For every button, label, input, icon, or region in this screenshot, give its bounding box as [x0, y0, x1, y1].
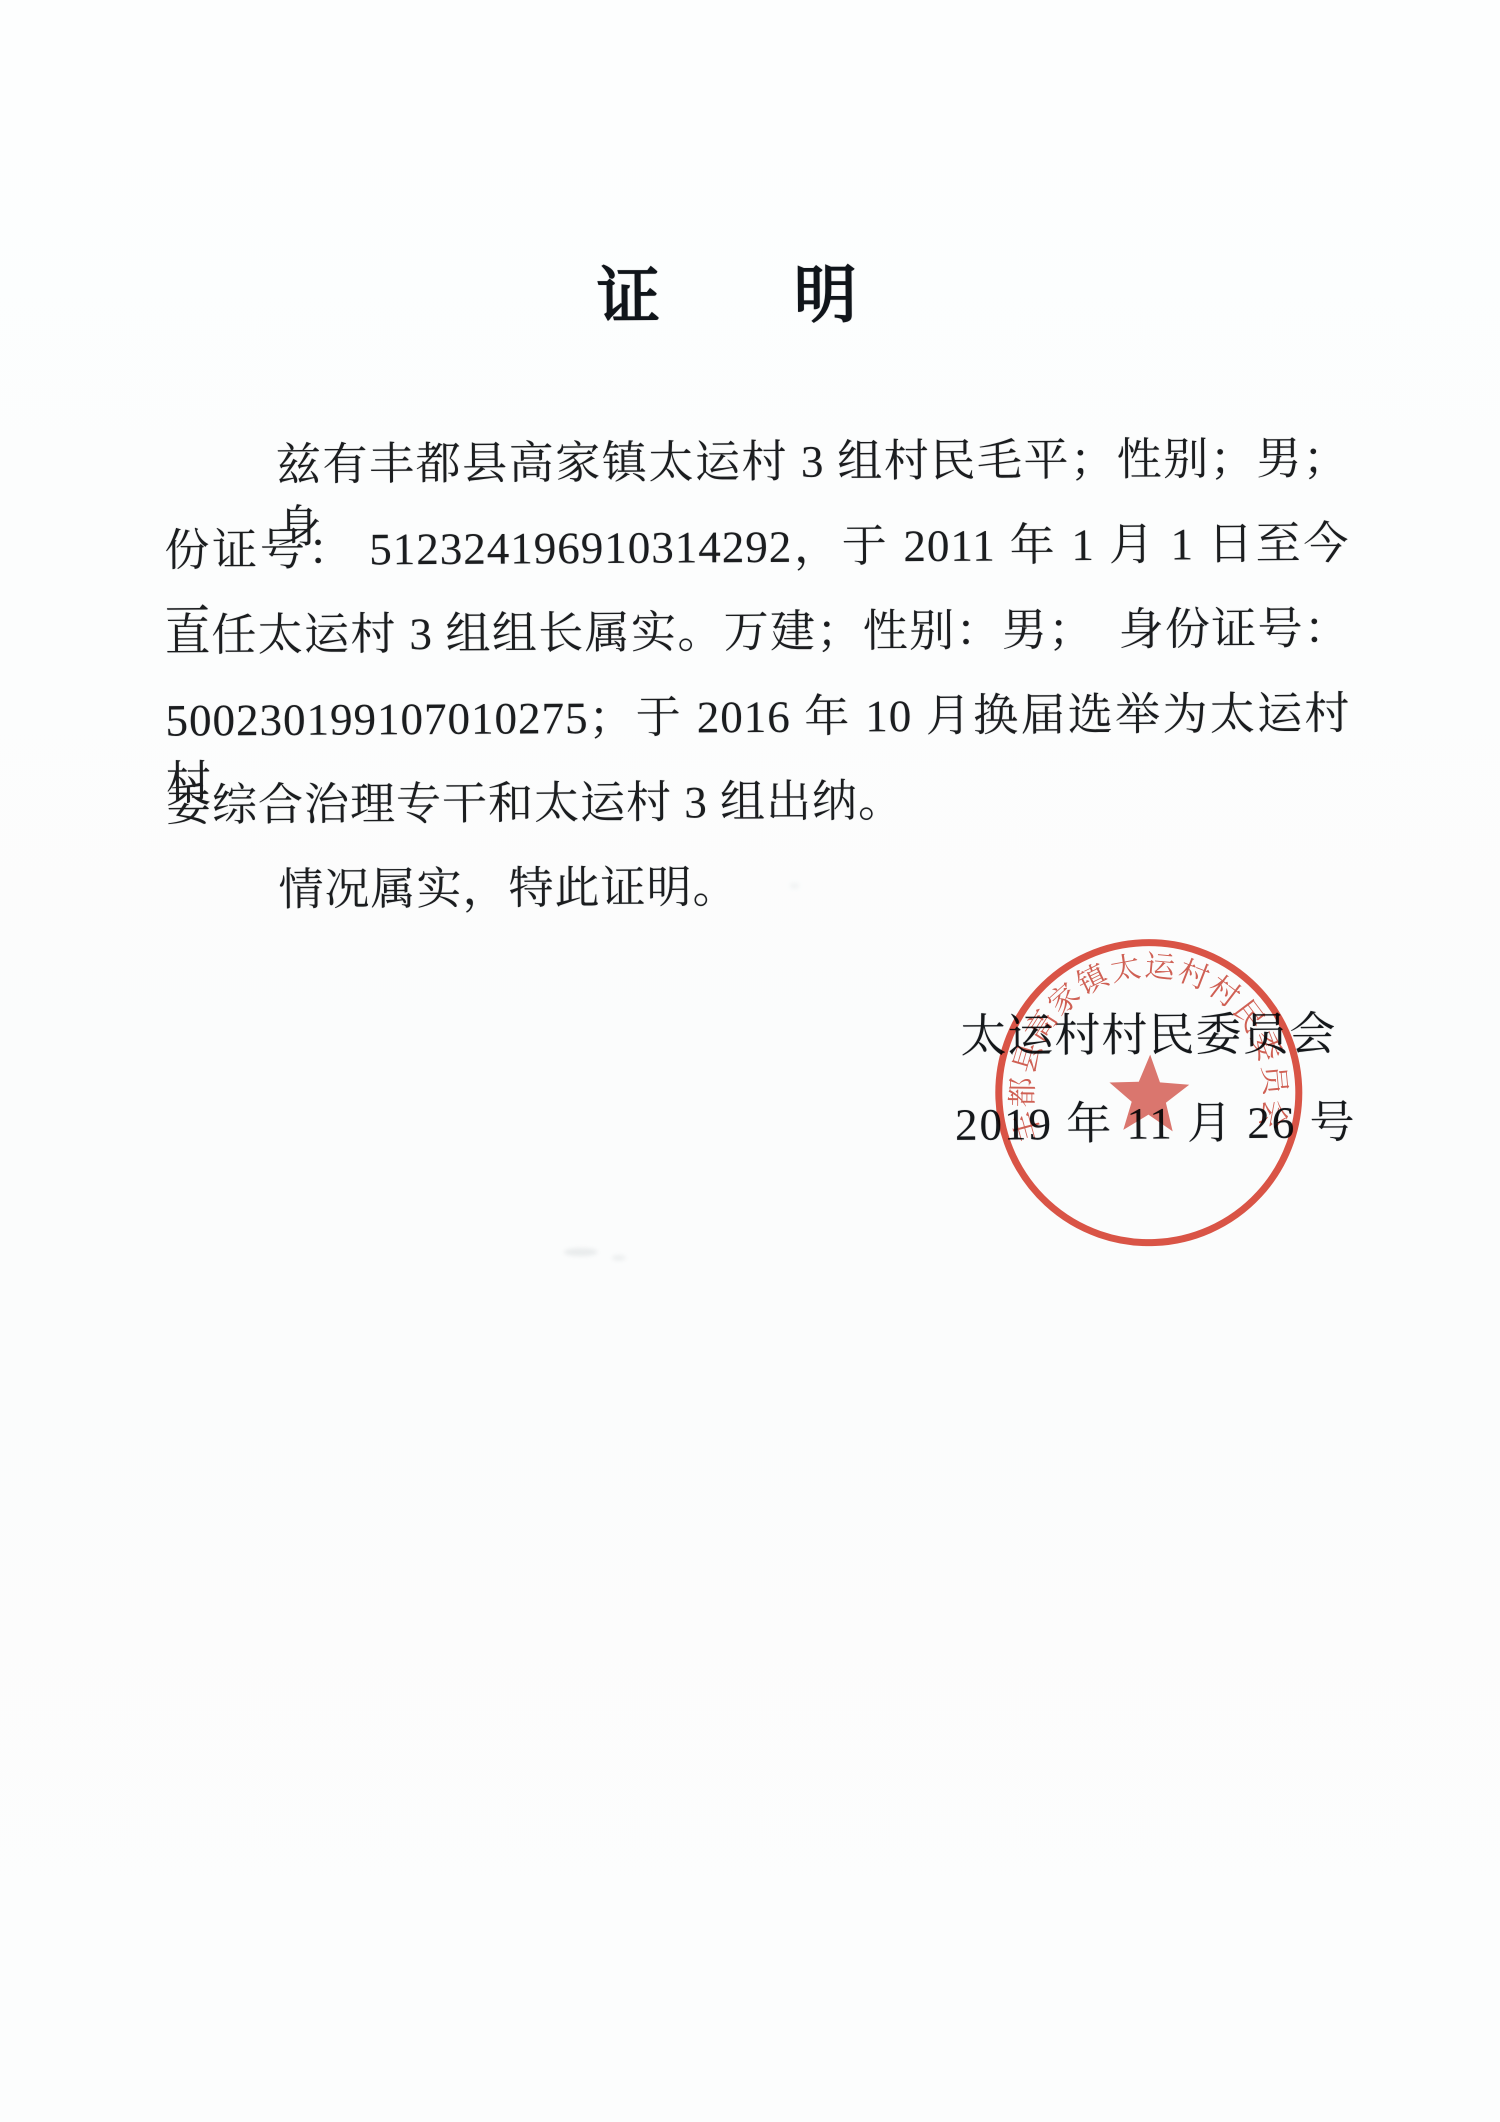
scan-artifact	[790, 883, 800, 889]
body-line-4: 500230199107010275；于 2016 年 10 月换届选举为太运村…	[165, 682, 1350, 774]
title-char-left: 证	[597, 246, 663, 337]
title-char-right: 明	[794, 244, 860, 335]
body-text: 兹有丰都县高家镇太运村 3 组村民毛平；性别；男；身 份证号： 51232419…	[164, 427, 1352, 944]
star-icon	[1108, 1054, 1190, 1132]
body-line-1: 兹有丰都县高家镇太运村 3 组村民毛平；性别；男；身	[164, 427, 1349, 519]
document-title: 证 明	[0, 241, 1458, 341]
certificate-page: 证 明 兹有丰都县高家镇太运村 3 组村民毛平；性别；男；身 份证号： 5123…	[0, 0, 1500, 2122]
scan-artifact	[612, 1255, 626, 1261]
body-line-3: 直任太运村 3 组组长属实。万建；性别：男； 身份证号：	[165, 597, 1350, 689]
official-seal-stamp: 丰都县高家镇太运村村民委员会	[982, 926, 1315, 1259]
scan-artifact	[564, 1248, 598, 1256]
body-line-5: 委综合治理专干和太运村 3 组出纳。	[166, 767, 1351, 859]
scanned-content: 证 明 兹有丰都县高家镇太运村 3 组村民毛平；性别；男；身 份证号： 5123…	[0, 0, 1500, 2122]
body-line-2: 份证号： 512324196910314292，于 2011 年 1 月 1 日…	[164, 512, 1349, 604]
